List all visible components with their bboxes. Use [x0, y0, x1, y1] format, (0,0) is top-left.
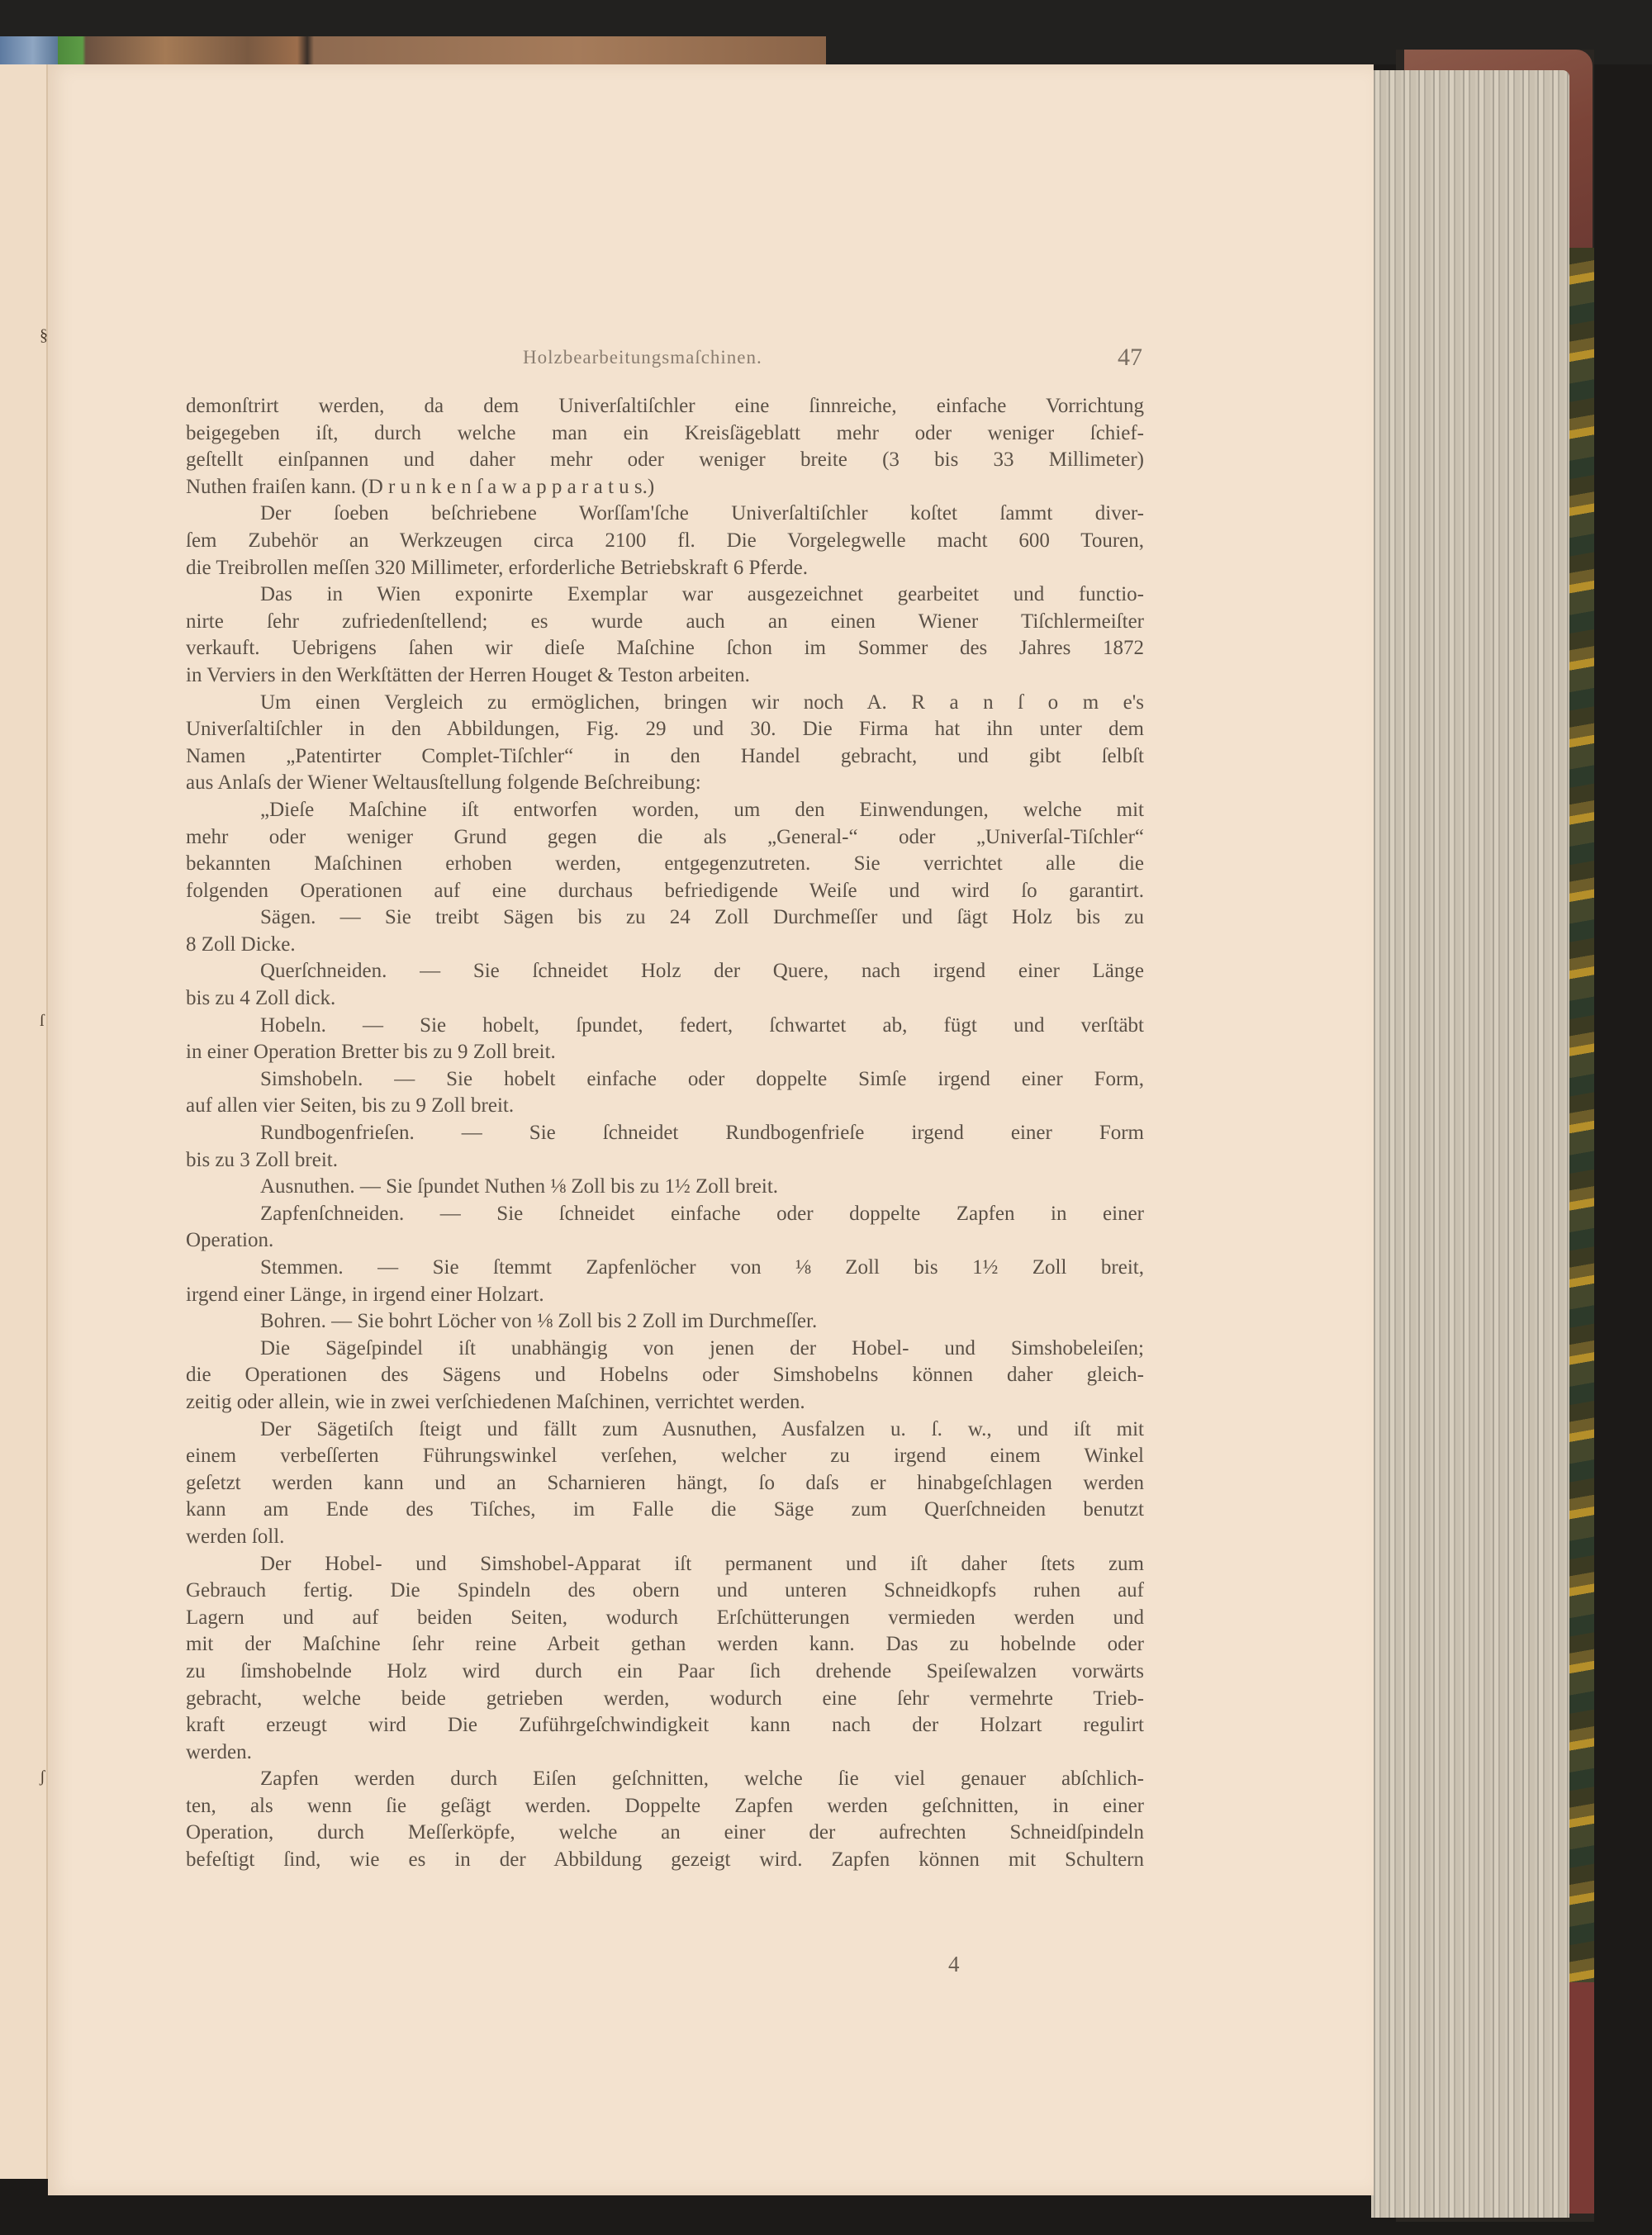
text-line: Gebrauch fertig. Die Spindeln des obern …	[186, 1578, 1144, 1605]
text-line: 8 Zoll Dicke.	[186, 932, 1144, 959]
text-line: ſem Zubehör an Werkzeugen circa 2100 fl.…	[186, 528, 1144, 555]
text-line: werden.	[186, 1739, 1144, 1767]
text-line: „Dieſe Maſchine iſt entworfen worden, um…	[186, 797, 1144, 824]
text-line: Um einen Vergleich zu ermöglichen, bring…	[186, 690, 1144, 717]
text-line: auf allen vier Seiten, bis zu 9 Zoll bre…	[186, 1093, 1144, 1120]
text-line: nirte ſehr zufriedenſtellend; es wurde a…	[186, 609, 1144, 636]
text-line: ten, als wenn ſie geſägt werden. Doppelt…	[186, 1793, 1144, 1820]
text-line: einem verbeſſerten Führungswinkel verſeh…	[186, 1443, 1144, 1470]
text-line: in Verviers in den Werkſtätten der Herre…	[186, 662, 1144, 690]
binding-thread-mark: ʃ	[40, 1768, 48, 1786]
text-line: Operation.	[186, 1227, 1144, 1255]
text-line: Die Sägeſpindel iſt unabhängig von jenen…	[186, 1336, 1144, 1363]
text-line: kraft erzeugt wird Die Zuführgeſchwindig…	[186, 1712, 1144, 1739]
text-line: Simshobeln. — Sie hobelt einfache oder d…	[186, 1066, 1144, 1094]
text-line: mehr oder weniger Grund gegen die als „G…	[186, 824, 1144, 852]
text-line: Zapfen werden durch Eiſen geſchnitten, w…	[186, 1766, 1144, 1793]
text-line: beigegeben iſt, durch welche man ein Kre…	[186, 420, 1144, 448]
text-line: gebracht, welche beide getrieben werden,…	[186, 1686, 1144, 1713]
text-line: Namen „Patentirter Complet-Tiſchler“ in …	[186, 743, 1144, 771]
text-line: kann am Ende des Tiſches, im Falle die S…	[186, 1497, 1144, 1524]
text-line: Rundbogenfrieſen. — Sie ſchneidet Rundbo…	[186, 1120, 1144, 1147]
binding-thread-mark: ſ	[40, 1012, 48, 1030]
binding-thread-mark: §	[40, 326, 48, 344]
text-line: Der Hobel- und Simshobel-Apparat iſt per…	[186, 1551, 1144, 1578]
text-line: in einer Operation Bretter bis zu 9 Zoll…	[186, 1039, 1144, 1066]
book-page: Holzbearbeitungsmaſchinen. 47 demonſtrir…	[48, 64, 1374, 2195]
text-line: Zapfenſchneiden. — Sie ſchneidet einfach…	[186, 1201, 1144, 1228]
text-line: zu ſimshobelnde Holz wird durch ein Paar…	[186, 1658, 1144, 1686]
text-line: folgenden Operationen auf eine durchaus …	[186, 878, 1144, 905]
text-line: geſetzt werden kann und an Scharnieren h…	[186, 1470, 1144, 1497]
text-line: demonſtrirt werden, da dem Univerſaltiſc…	[186, 393, 1144, 420]
text-line: Lagern und auf beiden Seiten, wodurch Er…	[186, 1605, 1144, 1632]
text-line: Der Sägetiſch ſteigt und fällt zum Ausnu…	[186, 1416, 1144, 1444]
text-line: werden ſoll.	[186, 1524, 1144, 1551]
text-line: die Operationen des Sägens und Hobelns o…	[186, 1362, 1144, 1389]
text-line: Das in Wien exponirte Exemplar war ausge…	[186, 581, 1144, 609]
text-line: die Treibrollen meſſen 320 Millimeter, e…	[186, 555, 1144, 582]
text-line: Hobeln. — Sie hobelt, ſpundet, federt, ſ…	[186, 1013, 1144, 1040]
text-line: bekannten Maſchinen erhoben werden, entg…	[186, 851, 1144, 878]
text-line: geſtellt einſpannen und daher mehr oder …	[186, 447, 1144, 474]
text-line: Univerſaltiſchler in den Abbildungen, Fi…	[186, 716, 1144, 743]
body-text: demonſtrirt werden, da dem Univerſaltiſc…	[186, 393, 1144, 1874]
page-number: 47	[1118, 344, 1142, 372]
leather-corner-bottom	[1569, 1982, 1594, 2214]
text-line: Nuthen fraiſen kann. (D r u n k e n ſ a …	[186, 474, 1144, 501]
text-line: zeitig oder allein, wie in zwei verſchie…	[186, 1389, 1144, 1416]
text-line: Operation, durch Meſſerköpfe, welche an …	[186, 1820, 1144, 1847]
text-line: Bohren. — Sie bohrt Löcher von ⅛ Zoll bi…	[186, 1308, 1144, 1336]
text-line: Stemmen. — Sie ſtemmt Zapfenlöcher von ⅛…	[186, 1255, 1144, 1282]
left-page-edge	[0, 64, 49, 2179]
signature-mark: 4	[948, 1952, 960, 1977]
text-line: Der ſoeben beſchriebene Worſſam'ſche Uni…	[186, 501, 1144, 528]
text-line: verkauft. Uebrigens ſahen wir dieſe Maſc…	[186, 635, 1144, 662]
text-line: bis zu 4 Zoll dick.	[186, 985, 1144, 1013]
text-line: bis zu 3 Zoll breit.	[186, 1147, 1144, 1174]
running-title: Holzbearbeitungsmaſchinen.	[523, 347, 762, 368]
text-line: Sägen. — Sie treibt Sägen bis zu 24 Zoll…	[186, 904, 1144, 932]
text-line: Querſchneiden. — Sie ſchneidet Holz der …	[186, 958, 1144, 985]
text-line: befeſtigt ſind, wie es in der Abbildung …	[186, 1847, 1144, 1874]
text-line: irgend einer Länge, in irgend einer Holz…	[186, 1282, 1144, 1309]
text-line: aus Anlaſs der Wiener Weltausſtellung fo…	[186, 770, 1144, 797]
marbled-cover	[1569, 248, 1594, 1982]
book-spine-edge	[0, 36, 826, 67]
text-line: mit der Maſchine ſehr reine Arbeit getha…	[186, 1631, 1144, 1658]
text-line: Ausnuthen. — Sie ſpundet Nuthen ⅛ Zoll b…	[186, 1174, 1144, 1201]
page-edges	[1371, 70, 1569, 2218]
